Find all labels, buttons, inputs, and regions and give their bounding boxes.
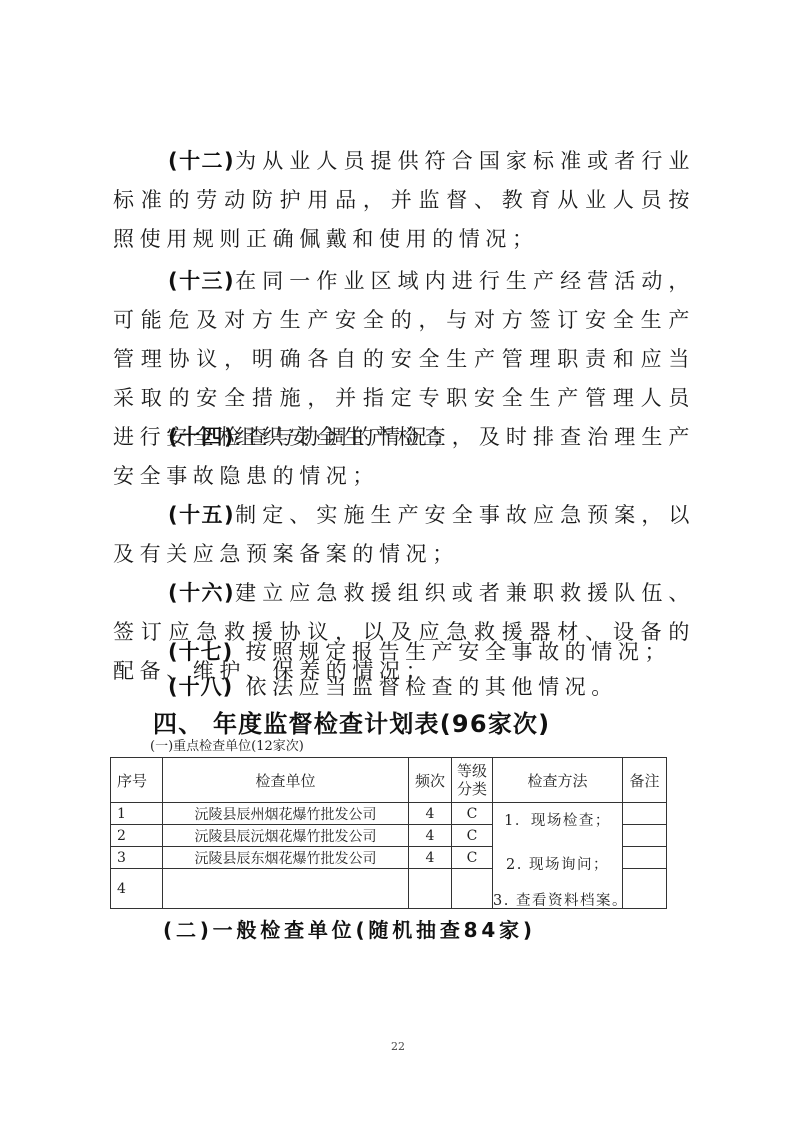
method-item-1: 1．现场检查； [493,809,622,830]
cell-note [623,825,667,847]
cell-grade [452,869,493,909]
cell-note [623,869,667,909]
table-header-row: 序号 检查单位 频次 等级分类 检查方法 备注 [111,758,667,803]
cell-frequency: 4 [409,847,452,869]
table-caption: (一)重点检查单位(12家次) [150,738,304,756]
table-row: 1 沅陵县辰州烟花爆竹批发公司 4 C 1．现场检查； 2. 现场询问； 3. … [111,803,667,825]
cell-no: 2 [111,825,163,847]
header-grade-line1: 等级 [457,762,487,780]
cell-grade: C [452,825,493,847]
paragraph-lead: (十八) [168,675,233,699]
cell-method: 1．现场检查； 2. 现场询问； 3. 查看资料档案。 [493,803,623,909]
paragraph-lead: (十四) [168,425,235,449]
paragraph-18: (十八) 依法应当监督检查的其他情况。 [113,668,695,707]
cell-no: 3 [111,847,163,869]
header-grade: 等级分类 [452,758,493,803]
inspection-plan-table: 序号 检查单位 频次 等级分类 检查方法 备注 1 沅陵县辰州烟花爆竹批发公司 … [110,757,667,909]
header-frequency: 频次 [409,758,452,803]
cell-no: 4 [111,869,163,909]
method-item-2: 2. 现场询问； [493,853,622,874]
subsection-heading: (二)一般检查单位(随机抽查84家) [163,914,536,943]
cell-no: 1 [111,803,163,825]
cell-grade: C [452,803,493,825]
paragraph-lead: (十七) [168,640,233,664]
page-number: 22 [391,1040,405,1053]
header-unit: 检查单位 [163,758,409,803]
cell-frequency: 4 [409,825,452,847]
cell-frequency: 4 [409,803,452,825]
cell-unit: 沅陵县辰东烟花爆竹批发公司 [163,847,409,869]
cell-grade: C [452,847,493,869]
paragraph-lead: (十三) [168,269,235,293]
cell-unit: 沅陵县辰沅烟花爆竹批发公司 [163,825,409,847]
paragraph-14: (十四)组织安全生产检查，及时排查治理生产安全事故隐患的情况； [113,418,695,496]
header-grade-line2: 分类 [457,780,487,798]
cell-note [623,847,667,869]
paragraph-lead: (十二) [168,149,235,173]
paragraph-12: (十二)为从业人员提供符合国家标准或者行业标准的劳动防护用品，并监督、教育从业人… [113,142,695,259]
paragraph-lead: (十六) [168,581,235,605]
document-page: (十二)为从业人员提供符合国家标准或者行业标准的劳动防护用品，并监督、教育从业人… [0,0,803,1129]
paragraph-text: 依法应当监督检查的其他情况。 [233,675,618,699]
paragraph-17: (十七) 按照规定报告生产安全事故的情况； [113,633,695,672]
cell-note [623,803,667,825]
method-item-3: 3. 查看资料档案。 [493,889,622,910]
cell-frequency [409,869,452,909]
paragraph-lead: (十五) [168,503,235,527]
header-note: 备注 [623,758,667,803]
cell-unit [163,869,409,909]
cell-unit: 沅陵县辰州烟花爆竹批发公司 [163,803,409,825]
paragraph-15: (十五)制定、实施生产安全事故应急预案，以及有关应急预案备案的情况； [113,496,695,574]
header-no: 序号 [111,758,163,803]
paragraph-text: 按照规定报告生产安全事故的情况； [233,640,671,664]
section-heading: 四、 年度监督检查计划表(96家次) [153,704,550,739]
header-method: 检查方法 [493,758,623,803]
